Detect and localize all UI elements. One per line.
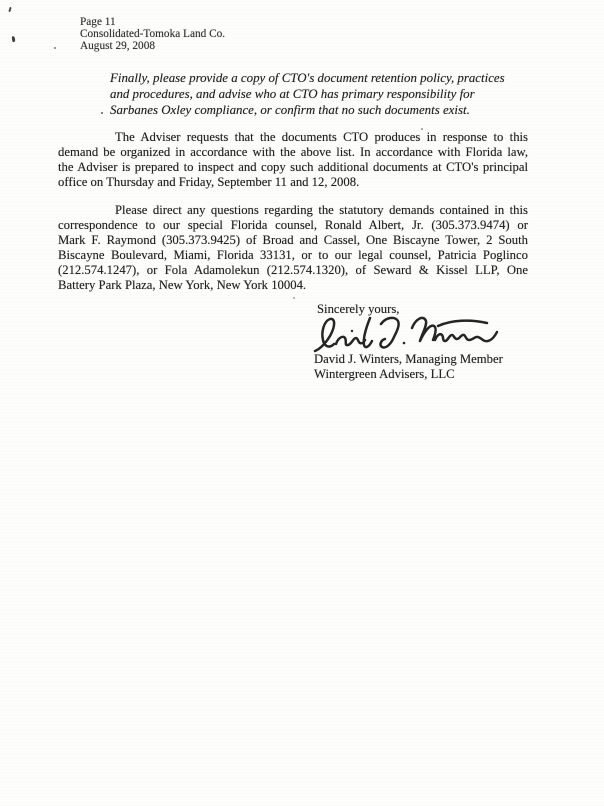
body-paragraph-contacts: Please direct any questions regarding th… [58, 203, 528, 293]
scanned-letter-page: Page 11 Consolidated-Tomoka Land Co. Aug… [0, 0, 604, 806]
paragraph-line: Biscayne Boulevard, Miami, Florida 33131… [58, 248, 528, 263]
scan-artifact [54, 47, 56, 49]
letter-header: Page 11 Consolidated-Tomoka Land Co. Aug… [80, 16, 225, 52]
paragraph-line: demand be organized in accordance with t… [58, 145, 528, 160]
paragraph-line: office on Thursday and Friday, September… [58, 175, 528, 190]
quote-line: and procedures, and advise who at CTO ha… [110, 86, 505, 102]
signature-dot [351, 330, 353, 332]
signer-block: David J. Winters, Managing Member Winter… [314, 352, 503, 383]
paragraph-line: correspondence to our special Florida co… [58, 218, 528, 233]
paragraph-line: The Adviser requests that the documents … [58, 130, 528, 145]
signature-stroke [336, 337, 365, 345]
paragraph-line: Battery Park Plaza, New York, New York 1… [58, 278, 528, 293]
signature-stroke [381, 318, 399, 348]
scan-artifact [11, 36, 15, 43]
scan-artifact [8, 7, 11, 12]
paragraph-line: (212.574.1247), or Fola Adamolekun (212.… [58, 263, 528, 278]
paragraph-line: Mark F. Raymond (305.373.9425) of Broad … [58, 233, 528, 248]
quote-line: Sarbanes Oxley compliance, or confirm th… [110, 102, 505, 118]
signature-stroke [315, 319, 334, 351]
handwritten-signature [311, 311, 501, 355]
signature-stroke [412, 318, 436, 341]
quoted-request-paragraph: Finally, please provide a copy of CTO's … [110, 70, 505, 119]
scan-artifact [101, 112, 103, 114]
quote-line: Finally, please provide a copy of CTO's … [110, 70, 505, 86]
signer-name-title: David J. Winters, Managing Member [314, 352, 503, 367]
signature-dot [403, 342, 406, 345]
paragraph-line: the Adviser is prepared to inspect and c… [58, 160, 528, 175]
scan-artifact [293, 297, 295, 299]
signature-stroke [438, 321, 487, 326]
signature-stroke [435, 332, 497, 341]
company-name: Consolidated-Tomoka Land Co. [80, 28, 225, 40]
letter-date: August 29, 2008 [80, 40, 225, 52]
body-paragraph-inspection: The Adviser requests that the documents … [58, 130, 528, 190]
signature-stroke [364, 318, 372, 347]
page-number: Page 11 [80, 16, 225, 28]
signer-company: Wintergreen Advisers, LLC [314, 367, 503, 382]
paragraph-line: Please direct any questions regarding th… [58, 203, 528, 218]
